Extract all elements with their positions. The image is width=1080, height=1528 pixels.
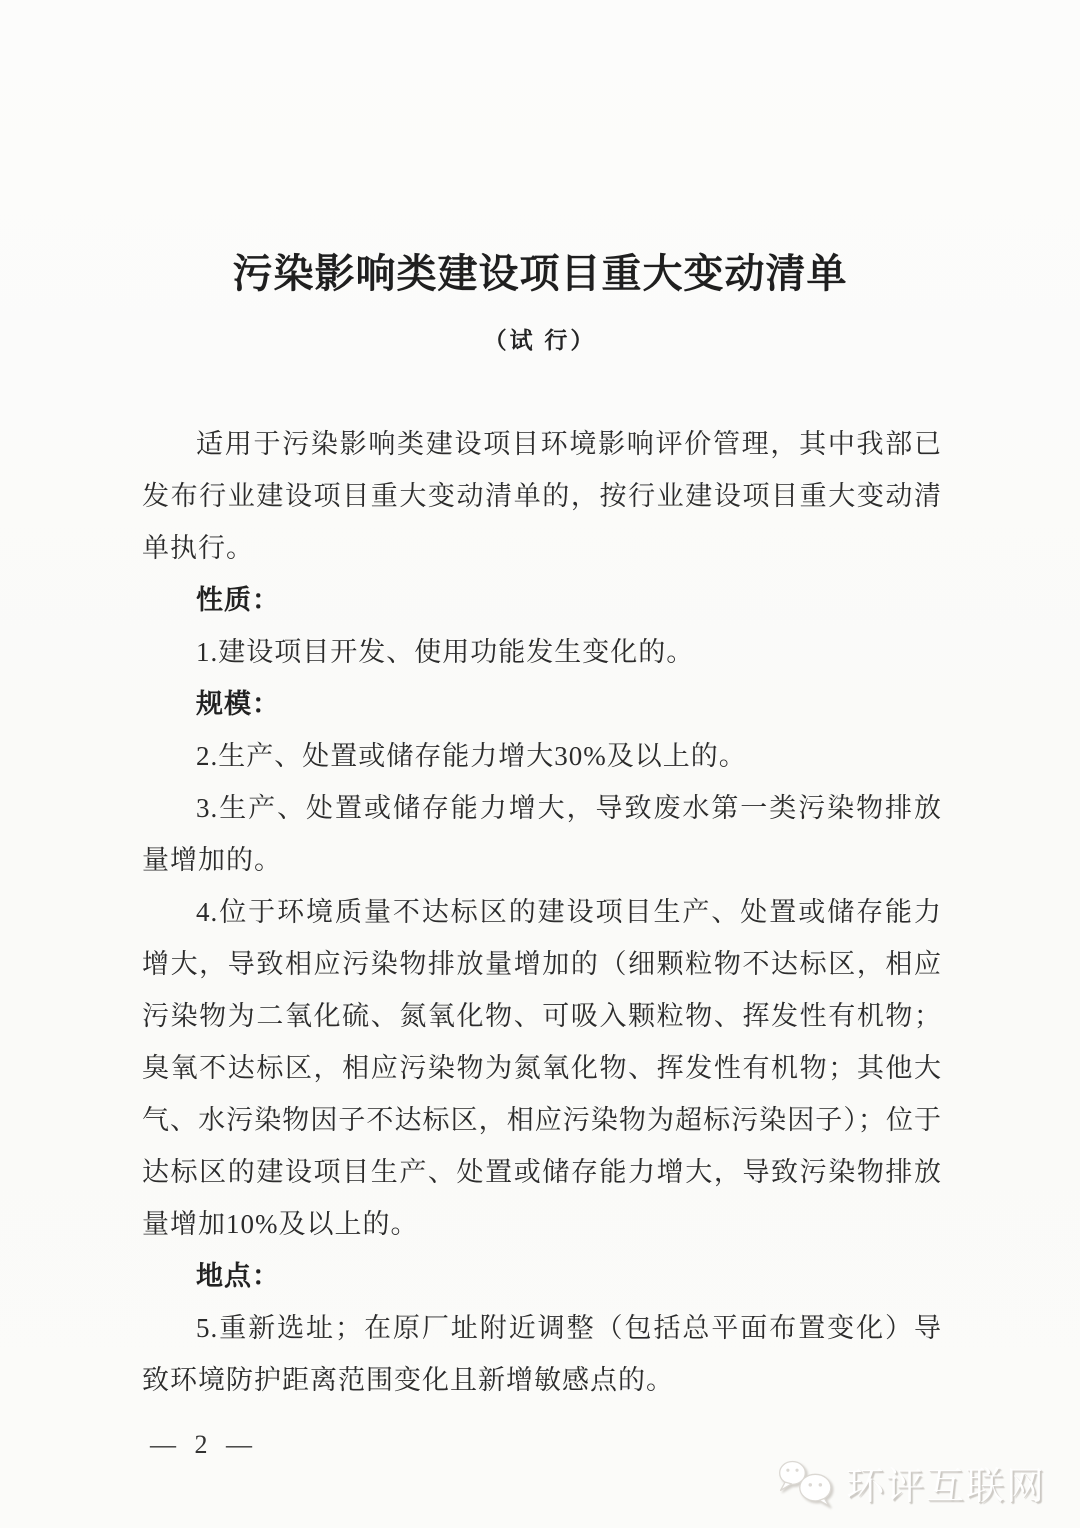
- list-item-4: 4.位于环境质量不达标区的建设项目生产、处置或储存能力增大，导致相应污染物排放量…: [142, 886, 942, 1250]
- document-title: 污染影响类建设项目重大变动清单: [0, 0, 1080, 300]
- document-page: 污染影响类建设项目重大变动清单 （试 行） 适用于污染影响类建设项目环境影响评价…: [0, 0, 1080, 1528]
- wechat-icon: [776, 1458, 840, 1508]
- page-number: — 2 —: [150, 1430, 1080, 1460]
- intro-paragraph: 适用于污染影响类建设项目环境影响评价管理，其中我部已发布行业建设项目重大变动清单…: [142, 418, 942, 574]
- watermark: 环评互联网: [776, 1455, 1046, 1510]
- list-item-3: 3.生产、处置或储存能力增大，导致废水第一类污染物排放量增加的。: [142, 782, 942, 886]
- section-heading-location: 地点：: [142, 1250, 942, 1302]
- document-body: 适用于污染影响类建设项目环境影响评价管理，其中我部已发布行业建设项目重大变动清单…: [0, 418, 1080, 1406]
- document-subtitle: （试 行）: [0, 326, 1080, 356]
- section-heading-nature: 性质：: [142, 574, 942, 626]
- section-heading-scale: 规模：: [142, 678, 942, 730]
- list-item-5: 5.重新选址；在原厂址附近调整（包括总平面布置变化）导致环境防护距离范围变化且新…: [142, 1302, 942, 1406]
- list-item-2: 2.生产、处置或储存能力增大30%及以上的。: [142, 730, 942, 782]
- watermark-label: 环评互联网: [846, 1455, 1046, 1510]
- list-item-1: 1.建设项目开发、使用功能发生变化的。: [142, 626, 942, 678]
